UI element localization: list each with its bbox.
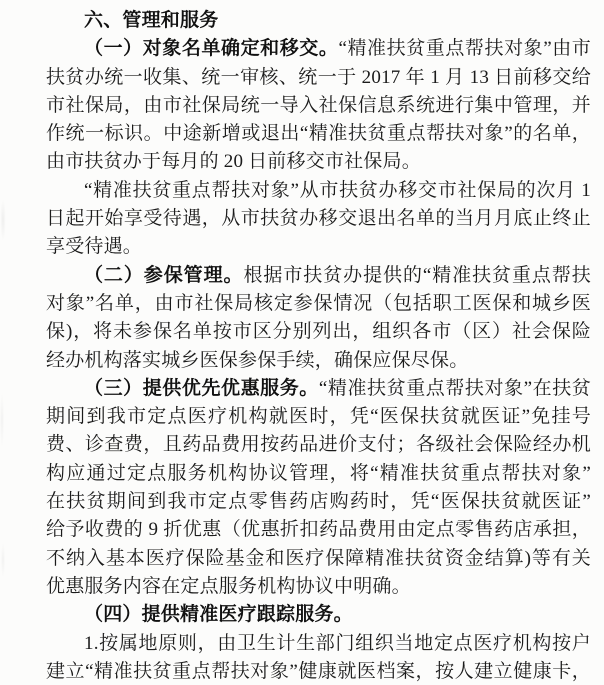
body-text: 1.按属地原则，由卫生计生部门组织当地定点医疗机构按户	[84, 633, 591, 654]
body-text: 建立“精准扶贫重点帮扶对象”健康就医档案，按人建立健康卡，	[46, 661, 591, 682]
subsection-4-heading: （四）提供精准医疗跟踪服务。	[46, 601, 591, 629]
text-line: 期间到我市定点医疗机构就医时，凭“医保扶贫就医证”免挂号	[46, 403, 591, 431]
body-text: 作统一标识。中途新增或退出“精准扶贫重点帮扶对象”的名单，	[46, 123, 591, 144]
document-page: 六、管理和服务（一）对象名单确定和移交。“精准扶贫重点帮扶对象”由市扶贫办统一收…	[0, 0, 604, 685]
body-text: 享受待遇。	[46, 236, 142, 257]
body-text: 给予收费的 9 折优惠（优惠折扣药品费用由定点零售药店承担，	[46, 519, 591, 540]
subsection-1-heading: （一）对象名单确定和移交。“精准扶贫重点帮扶对象”由市	[46, 35, 591, 63]
body-text: 构应通过定点服务机构协议管理，将“精准扶贫重点帮扶对象”	[46, 463, 591, 484]
subsection-4-heading-text: （四）提供精准医疗跟踪服务。	[84, 604, 353, 625]
text-line: 经办机构落实城乡医保参保手续，确保应保尽保。	[46, 347, 591, 375]
text-line: 保)，将未参保名单按市区分别列出，组织各市（区）社会保险	[46, 318, 591, 346]
text-line: 在扶贫期间到我市定点零售药店购药时，凭“医保扶贫就医证”	[46, 488, 591, 516]
body-text: 期间到我市定点医疗机构就医时，凭“医保扶贫就医证”免挂号	[46, 406, 591, 427]
body-text: 对象”名单，由市社保局核定参保情况（包括职工医保和城乡医	[46, 293, 591, 314]
text-line: 构应通过定点服务机构协议管理，将“精准扶贫重点帮扶对象”	[46, 460, 591, 488]
text-line: 优惠服务内容在定点服务机构协议中明确。	[46, 573, 591, 601]
body-text: 经办机构落实城乡医保参保手续，确保应保尽保。	[46, 350, 468, 371]
text-line: 1.按属地原则，由卫生计生部门组织当地定点医疗机构按户	[46, 630, 591, 658]
text-line: 对象”名单，由市社保局核定参保情况（包括职工医保和城乡医	[46, 290, 591, 318]
body-text: 保)，将未参保名单按市区分别列出，组织各市（区）社会保险	[46, 321, 591, 342]
body-text: 由市扶贫办于每月的 20 日前移交市社保局。	[46, 151, 421, 172]
text-line: “精准扶贫重点帮扶对象”从市扶贫办移交市社保局的次月 1	[46, 177, 591, 205]
text-line: 扶贫办统一收集、统一审核、统一于 2017 年 1 月 13 日前移交给	[46, 64, 591, 92]
body-text: 根据市扶贫办提供的“精准扶贫重点帮扶	[243, 265, 591, 286]
subsection-2-heading-text: （二）参保管理。	[84, 265, 243, 286]
body-text: 费、诊查费，且药品费用按药品进价支付；各级社会保险经办机	[46, 434, 591, 455]
subsection-3-heading: （三）提供优先优惠服务。“精准扶贫重点帮扶对象”在扶贫	[46, 375, 591, 403]
text-line: 作统一标识。中途新增或退出“精准扶贫重点帮扶对象”的名单，	[46, 120, 591, 148]
body-text: 扶贫办统一收集、统一审核、统一于 2017 年 1 月 13 日前移交给	[46, 67, 591, 88]
body-text: 日起开始享受待遇，从市扶贫办移交退出名单的当月月底止终止	[46, 208, 591, 229]
text-line: 日起开始享受待遇，从市扶贫办移交退出名单的当月月底止终止	[46, 205, 591, 233]
subsection-1-heading-text: （一）对象名单确定和移交。	[84, 38, 338, 59]
document-body: 六、管理和服务（一）对象名单确定和移交。“精准扶贫重点帮扶对象”由市扶贫办统一收…	[0, 0, 604, 685]
text-line: 建立“精准扶贫重点帮扶对象”健康就医档案，按人建立健康卡，	[46, 658, 591, 685]
text-line: 由市扶贫办于每月的 20 日前移交市社保局。	[46, 148, 591, 176]
section-title: 六、管理和服务	[46, 7, 591, 35]
text-line: 给予收费的 9 折优惠（优惠折扣药品费用由定点零售药店承担，	[46, 516, 591, 544]
body-text: 优惠服务内容在定点服务机构协议中明确。	[46, 576, 411, 597]
body-text: 在扶贫期间到我市定点零售药店购药时，凭“医保扶贫就医证”	[46, 491, 591, 512]
body-text: “精准扶贫重点帮扶对象”在扶贫	[319, 378, 591, 399]
body-text: 不纳入基本医疗保险基金和医疗保障精准扶贫资金结算)等有关	[46, 548, 591, 569]
body-text: 市社保局，由市社保局统一导入社保信息系统进行集中管理，并	[46, 95, 591, 116]
text-line: 不纳入基本医疗保险基金和医疗保障精准扶贫资金结算)等有关	[46, 545, 591, 573]
text-line: 费、诊查费，且药品费用按药品进价支付；各级社会保险经办机	[46, 431, 591, 459]
body-text: “精准扶贫重点帮扶对象”由市	[338, 38, 591, 59]
section-title-text: 六、管理和服务	[84, 10, 218, 31]
body-text: “精准扶贫重点帮扶对象”从市扶贫办移交市社保局的次月 1	[84, 180, 591, 201]
text-line: 市社保局，由市社保局统一导入社保信息系统进行集中管理，并	[46, 92, 591, 120]
text-line: 享受待遇。	[46, 233, 591, 261]
subsection-2-heading: （二）参保管理。根据市扶贫办提供的“精准扶贫重点帮扶	[46, 262, 591, 290]
subsection-3-heading-text: （三）提供优先优惠服务。	[84, 378, 319, 399]
